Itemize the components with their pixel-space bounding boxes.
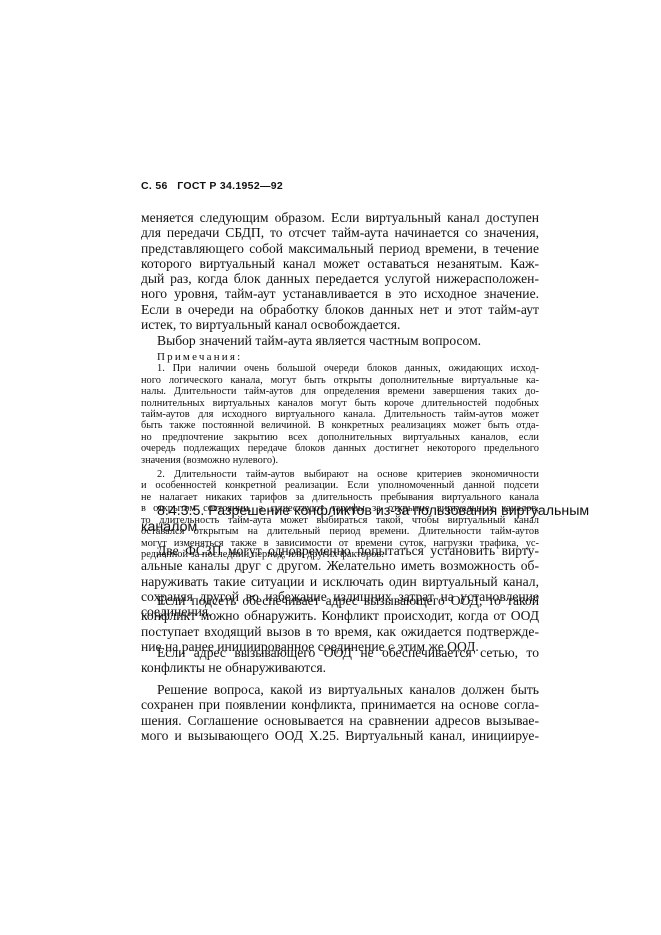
text-line: и особенностей конкретной реализации. Ес… <box>141 480 539 491</box>
text-line: сохранен при появлении конфликта, приним… <box>141 697 539 712</box>
text-line: полнительных виртуальных каналов могут б… <box>141 398 539 409</box>
text-line: которого виртуальный канал может остават… <box>141 256 539 271</box>
text-line: меняется следующим образом. Если виртуал… <box>141 210 539 225</box>
text-line: альные каналы друг с другом. Желательно … <box>141 558 539 573</box>
text-line: значения (возможно нулевого). <box>141 455 539 466</box>
paragraph-resolution: Решение вопроса, какой из виртуальных ка… <box>141 682 539 743</box>
text-line: ного логического канала, могут быть откр… <box>141 375 539 386</box>
text-line: наруживать такие ситуации и исключать од… <box>141 574 539 589</box>
text-line: Две ФСЗП могут одновременно попытаться у… <box>141 543 539 558</box>
text-line: дый раз, когда блок данных передается ус… <box>141 271 539 286</box>
note-1: 1. При наличии очень большой очереди бло… <box>141 363 539 466</box>
text-line: поступает входящий вызов в то время, как… <box>141 624 539 639</box>
text-line: Если в очереди на обработку блоков данны… <box>141 302 539 317</box>
text-line: истек, то виртуальный канал освобождаетс… <box>141 317 539 332</box>
text-line: шения. Соглашение основывается на сравне… <box>141 713 539 728</box>
paragraph-timeout-description: меняется следующим образом. Если виртуал… <box>141 210 539 332</box>
text-line: представляющего собой максимальный перио… <box>141 241 539 256</box>
text-line: для передачи СБДП, то отсчет тайм-аута н… <box>141 225 539 240</box>
text-line: очередь подлежащих передаче блоков данны… <box>141 443 539 454</box>
text-line: 2. Длительности тайм-аутов выбирают на о… <box>141 469 539 480</box>
text-line: Выбор значений тайм-аута является частны… <box>157 333 539 348</box>
text-line: Если подсеть обеспечивает адрес вызывающ… <box>141 593 539 608</box>
text-line: Решение вопроса, какой из виртуальных ка… <box>141 682 539 697</box>
section-title-line: каналом <box>141 519 539 535</box>
notes-title: Примечания: <box>141 352 539 363</box>
text-line: не налагает никаких тарифов за длительно… <box>141 492 539 503</box>
page-header: С. 56 ГОСТ Р 34.1952—92 <box>141 180 283 192</box>
paragraph-timeout-choice: Выбор значений тайм-аута является частны… <box>141 333 539 348</box>
text-line: но предпочтение закрытию всех дополнител… <box>141 432 539 443</box>
text-line: конфликт можно обнаружить. Конфликт прои… <box>141 608 539 623</box>
section-heading: 8.4.3.5. Разрешение конфликтов из-за пол… <box>141 503 539 535</box>
text-line: 1. При наличии очень большой очереди бло… <box>141 363 539 374</box>
text-line: ного уровня, тайм-аут устанавливается в … <box>141 286 539 301</box>
text-line: мого и вызывающего ООД Х.25. Виртуальный… <box>141 728 539 743</box>
section-title-line: 8.4.3.5. Разрешение конфликтов из-за пол… <box>141 503 539 519</box>
text-line: тайм-аутов для исходного виртуального ка… <box>141 409 539 420</box>
text-line: быть также постоянной величиной. В конкр… <box>141 420 539 431</box>
text-line: Если адрес вызывающего ООД не обеспечива… <box>141 645 539 660</box>
paragraph-no-address: Если адрес вызывающего ООД не обеспечива… <box>141 645 539 676</box>
text-line: конфликты не обнаруживаются. <box>141 660 539 675</box>
text-line: налы. Длительности тайм-аутов для опреде… <box>141 386 539 397</box>
